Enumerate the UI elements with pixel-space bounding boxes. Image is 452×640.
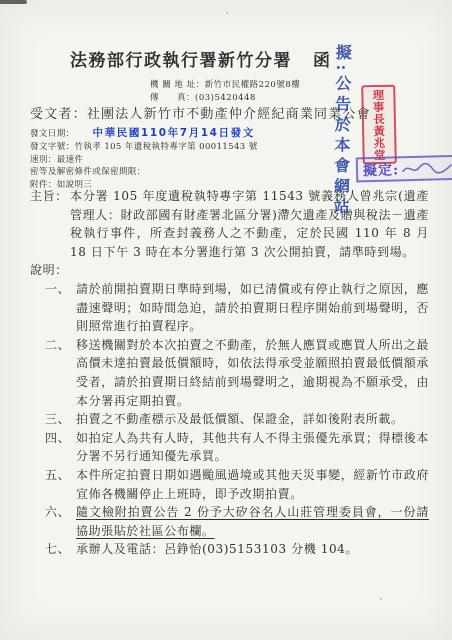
item-number: 六、: [45, 503, 76, 540]
recipient-value: 社團法人新竹市不動產仲介經紀商業同業公會: [87, 107, 371, 122]
explanation-item-3: 三、 拍賣之不動產標示及最低價額、保證金，詳如後附表所載。: [30, 410, 429, 429]
explanation-label: 說明：: [30, 261, 429, 280]
item-number: 五、: [45, 466, 76, 503]
explanation-item-7: 七、 承辦人及電話：呂錚怡(03)5153103 分機 104。: [30, 540, 429, 559]
priority-label: 速別：: [30, 155, 57, 165]
scanned-official-letter: 法務部行政執行署新竹分署 函 機 關 地 址：新竹市民權路220號8樓 傳 真：…: [0, 0, 452, 640]
approval-stamp: 擬定:: [356, 155, 452, 183]
item-text: 承辦人及電話：呂錚怡(03)5153103 分機 104。: [76, 540, 429, 559]
recipient-label: 受文者：: [30, 107, 87, 122]
item-number: 七、: [45, 540, 76, 559]
item-number: 二、: [45, 336, 76, 410]
item-number: 四、: [45, 429, 76, 466]
meta-row-classification: 密等及解密條件或保密期限：: [30, 166, 258, 179]
issue-date-stamp: 中華民國110年7月14日發文: [93, 127, 255, 139]
doc-type-label: 函: [313, 51, 330, 71]
item-text: 如拍定人為共有人時，其他共有人不得主張優先承買；得標後本分署不另行通知優先承買。: [76, 429, 429, 466]
address-value: 新竹市民權路220號8樓: [205, 80, 301, 90]
agency-title: 法務部行政執行署新竹分署: [70, 51, 292, 71]
doc-number-label: 發文字號：: [30, 142, 75, 152]
item-number: 一、: [45, 280, 76, 336]
recipient-line: 受文者：社團法人新竹市不動產仲介經紀商業同業公會: [30, 103, 371, 122]
subject-text: 本分署 105 年度遺稅執特專字第 11543 號義務人曾兆宗(遺產管理人：財政…: [70, 187, 429, 261]
priority-value: 最速件: [57, 155, 84, 165]
subject-label: 主旨：: [30, 187, 70, 261]
subject-paragraph: 主旨： 本分署 105 年度遺稅執特專字第 11543 號義務人曾兆宗(遺產管理…: [30, 187, 429, 261]
explanation-item-6: 六、 隨文檢附拍賣公告 2 份予大矽谷名人山莊管理委員會，一份請協助張貼於社區公…: [30, 503, 429, 540]
meta-row-issue-date: 發文日期：中華民國110年7月14日發文: [30, 127, 258, 141]
handwritten-proposal-note: 擬:公告於本會網站: [329, 44, 355, 244]
item-text: 本件所定拍賣日期如遇颱風過境或其他天災事變，經新竹市政府宣佈各機關停止上班時，即…: [76, 466, 429, 503]
fax-value: (03)5420448: [195, 93, 256, 103]
scan-speck: [380, 598, 382, 600]
scan-artifact-mark: [0, 0, 27, 4]
explanation-item-1: 一、 請於前開拍賣期日準時到場，如已清償或有停止執行之原因，應盡速聲明；如時間急…: [30, 280, 429, 336]
scan-speck: [226, 12, 228, 14]
approval-signature-scribble: [401, 159, 452, 176]
item-text: 請於前開拍賣期日準時到場，如已清償或有停止執行之原因，應盡速聲明；如時間急迫，請…: [76, 280, 429, 336]
meta-row-doc-number: 發文字號：竹執孝 105 年遺稅執特專字第 00011543 號: [30, 141, 258, 154]
issue-date-label: 發文日期：: [30, 129, 75, 139]
doc-number-value: 竹執孝 105 年遺稅執特專字第 00011543 號: [75, 142, 258, 152]
agency-contact-block: 機 關 地 址：新竹市民權路220號8樓 傳 真：(03)5420448: [150, 79, 300, 105]
item-text-underlined: 隨文檢附拍賣公告 2 份予大矽谷名人山莊管理委員會，一份請協助張貼於社區公布欄。: [76, 503, 429, 540]
approval-stamp-label: 擬定:: [363, 159, 400, 180]
meta-block: 發文日期：中華民國110年7月14日發文 發文字號：竹執孝 105 年遺稅執特專…: [30, 127, 258, 192]
meta-row-priority: 速別：最速件: [30, 154, 258, 167]
explanation-item-5: 五、 本件所定拍賣日期如遇颱風過境或其他天災事變，經新竹市政府宣佈各機關停止上班…: [30, 466, 429, 503]
document-title-row: 法務部行政執行署新竹分署 函: [30, 46, 370, 71]
address-label: 機 關 地 址：: [150, 79, 205, 92]
letter-body: 主旨： 本分署 105 年度遺稅執特專字第 11543 號義務人曾兆宗(遺產管理…: [30, 187, 429, 559]
classification-label: 密等及解密條件或保密期限：: [30, 167, 146, 177]
item-number: 三、: [45, 410, 76, 429]
item-text: 移送機關對於本次拍賣之不動產，於無人應買或應買人所出之最高價未達拍賣最低價額時，…: [76, 336, 429, 410]
chairman-red-seal: 理事長黃兆堂: [361, 85, 397, 165]
explanation-item-2: 二、 移送機關對於本次拍賣之不動產，於無人應買或應買人所出之最高價未達拍賣最低價…: [30, 336, 429, 410]
explanation-items: 一、 請於前開拍賣期日準時到場，如已清償或有停止執行之原因，應盡速聲明；如時間急…: [30, 280, 429, 559]
agency-address-line: 機 關 地 址：新竹市民權路220號8樓: [150, 79, 300, 92]
explanation-item-4: 四、 如拍定人為共有人時，其他共有人不得主張優先承買；得標後本分署不另行通知優先…: [30, 429, 429, 466]
item-text: 拍賣之不動產標示及最低價額、保證金，詳如後附表所載。: [76, 410, 429, 429]
